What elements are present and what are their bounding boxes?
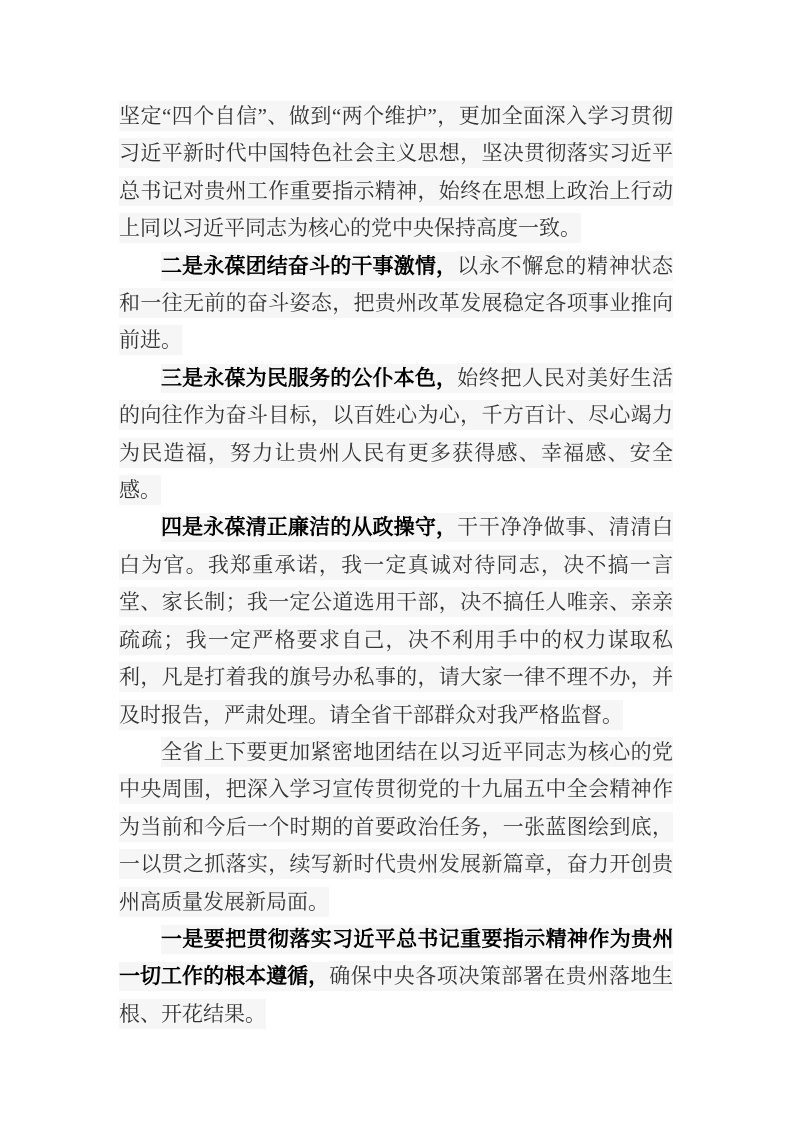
text-run: 全省上下要更加紧密地团结在以习近平同志为核心的党中央周围，把深入学习宣传贯彻党的… [119,737,673,917]
paragraph-1: 坚定“四个自信”、做到“两个维护”，更加全面深入学习贯彻习近平新时代中国特色社会… [119,98,673,248]
bold-lead-run: 二是永葆团结奋斗的干事激情， [161,252,457,281]
bold-lead-run: 四是永葆清正廉洁的从政操守， [161,513,457,542]
paragraph-5: 全省上下要更加紧密地团结在以习近平同志为核心的党中央周围，把深入学习宣传贯彻党的… [119,734,673,921]
paragraph-6: 一是要把贯彻落实习近平总书记重要指示精神作为贵州一切工作的根本遵循，确保中央各项… [119,921,673,1033]
paragraph-3: 三是永葆为民服务的公仆本色，始终把人民对美好生活的向往作为奋斗目标，以百姓心为心… [119,360,673,510]
text-run: 坚定“四个自信”、做到“两个维护”，更加全面深入学习贯彻习近平新时代中国特色社会… [119,101,673,243]
paragraph-2: 二是永葆团结奋斗的干事激情，以永不懈怠的精神状态和一往无前的奋斗姿态，把贵州改革… [119,248,673,360]
paragraph-4: 四是永葆清正廉洁的从政操守，干干净净做事、清清白白为官。我郑重承诺，我一定真诚对… [119,509,673,733]
document-page: 坚定“四个自信”、做到“两个维护”，更加全面深入学习贯彻习近平新时代中国特色社会… [0,0,793,1122]
bold-lead-run: 三是永葆为民服务的公仆本色， [161,364,457,393]
text-run: 干干净净做事、清清白白为官。我郑重承诺，我一定真诚对待同志，决不搞一言堂、家长制… [119,512,673,729]
document-body: 坚定“四个自信”、做到“两个维护”，更加全面深入学习贯彻习近平新时代中国特色社会… [119,98,673,1033]
